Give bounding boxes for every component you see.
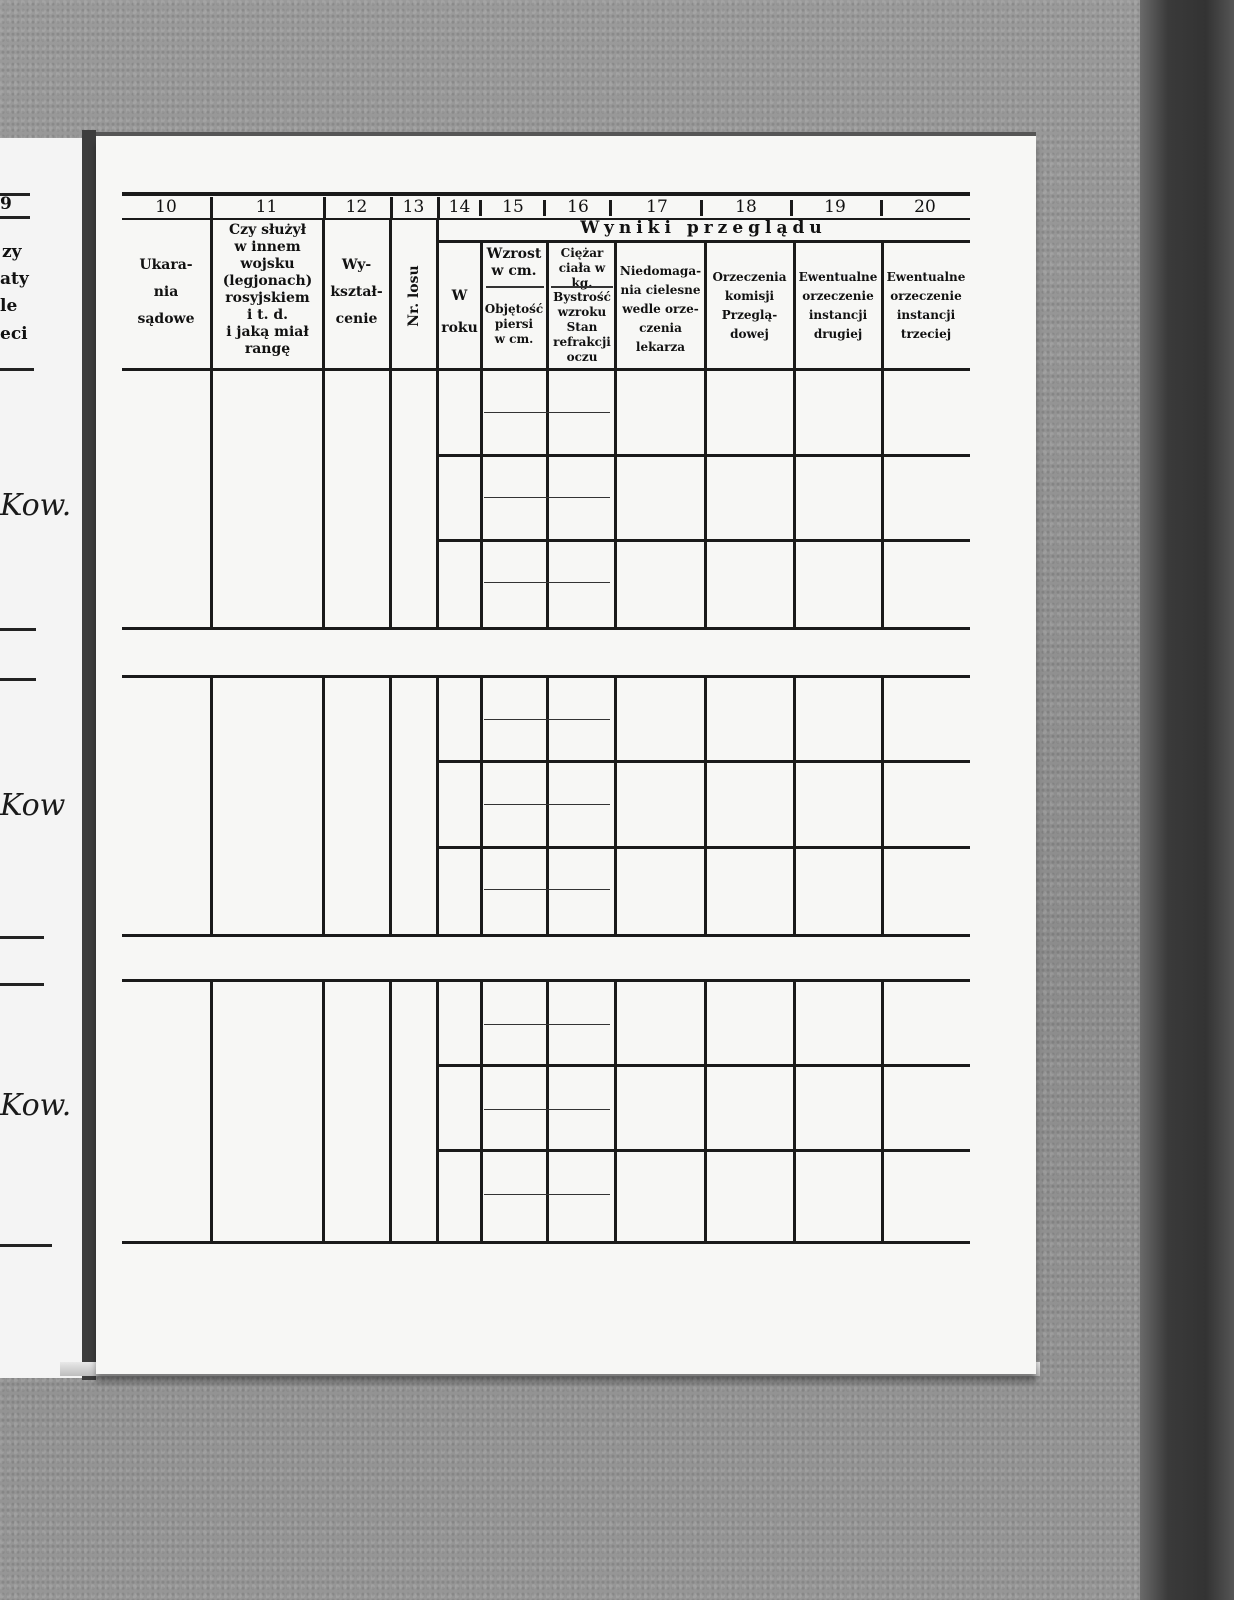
column-divider [614, 982, 617, 1242]
column-divider [436, 678, 439, 934]
column-divider [389, 982, 392, 1242]
header-column-divider [546, 242, 549, 370]
column-divider [436, 371, 439, 628]
column-number-divider [700, 200, 703, 216]
header-objetosc-piersi: Objętość piersi w cm. [482, 302, 546, 347]
column-number: 10 [122, 197, 210, 217]
table-bottom-rule [122, 1241, 970, 1244]
header-wzrost: Wzrost w cm. [482, 246, 546, 280]
column-number-divider [323, 197, 326, 219]
column-divider [546, 982, 549, 1242]
header-wyksztalcenie: Wy- kształ- cenie [323, 252, 390, 333]
column-divider [210, 371, 213, 628]
half-row-rule [484, 412, 610, 413]
half-row-rule [484, 719, 610, 720]
column-divider [546, 371, 549, 628]
column-number-divider [543, 200, 546, 216]
block-bottom-rule [122, 627, 970, 630]
header-column-divider [480, 242, 483, 370]
column-divider [322, 678, 325, 934]
column-number: 11 [210, 197, 323, 217]
column-divider [210, 678, 213, 934]
half-row-rule [484, 1024, 610, 1025]
column-divider [389, 678, 392, 934]
column-number-divider [390, 197, 393, 219]
header-column-divider [389, 220, 392, 370]
column-divider [881, 678, 884, 934]
header-bystrosc-wzroku: Bystrość wzroku Stan refrakcji oczu [548, 290, 616, 365]
column-divider [322, 982, 325, 1242]
column-number: 17 [612, 197, 702, 217]
header-orzeczenie-drugiej-instancji: Ewentualne orzeczenie instancji drugiej [794, 268, 882, 344]
column-number-divider [609, 200, 612, 216]
column-divider [322, 371, 325, 628]
column-divider [881, 371, 884, 628]
register-table: 10 11 12 13 14 15 16 17 18 19 20 Wyniki … [0, 0, 1234, 1600]
header-ukarania-sadowe: Ukara- nia sądowe [122, 252, 210, 333]
header-split-rule [486, 286, 544, 288]
column-number: 16 [544, 197, 612, 217]
header-orzeczenie-trzeciej-instancji: Ewentualne orzeczenie instancji trzeciej [882, 268, 970, 344]
column-number-divider [880, 200, 883, 216]
column-divider [210, 982, 213, 1242]
column-number: 20 [880, 197, 970, 217]
header-column-divider [704, 242, 707, 370]
record-block-1 [122, 371, 970, 628]
header-sluzba-w-innym-wojsku: Czy służył w innem wojsku (legjonach) ro… [212, 222, 323, 358]
column-divider [614, 678, 617, 934]
header-nr-losu: Nr. losu [406, 262, 422, 330]
column-divider [480, 982, 483, 1242]
column-number: 14 [437, 197, 482, 217]
half-row-rule [484, 497, 610, 498]
column-divider [793, 371, 796, 628]
column-divider [793, 678, 796, 934]
column-number: 15 [482, 197, 544, 217]
sub-row-rule [439, 1149, 970, 1152]
half-row-rule [484, 582, 610, 583]
column-divider [704, 678, 707, 934]
column-divider [704, 982, 707, 1242]
sub-row-rule [439, 846, 970, 849]
header-w-roku: W roku [437, 280, 482, 344]
record-block-3 [122, 982, 970, 1242]
column-number-divider [479, 200, 482, 216]
column-number: 19 [790, 197, 880, 217]
group-header-wyniki-przegladu: Wyniki przeglądu [437, 218, 970, 238]
half-row-rule [484, 804, 610, 805]
header-column-divider [436, 220, 439, 370]
column-divider [704, 371, 707, 628]
column-number-divider [210, 197, 213, 219]
header-orzeczenia-komisji: Orzeczenia komisji Przeglą- dowej [705, 268, 794, 344]
half-row-rule [484, 1194, 610, 1195]
column-divider [480, 371, 483, 628]
column-divider [546, 678, 549, 934]
column-number: 12 [323, 197, 390, 217]
column-divider [881, 982, 884, 1242]
column-divider [480, 678, 483, 934]
column-divider [389, 371, 392, 628]
table-top-rule [122, 192, 970, 196]
header-ciezar-ciala: Ciężar ciała w kg. [548, 246, 616, 291]
column-divider [436, 982, 439, 1242]
record-block-2 [122, 678, 970, 934]
header-column-divider [210, 220, 213, 370]
header-column-divider [614, 242, 617, 370]
header-column-divider [322, 220, 325, 370]
block-bottom-rule [122, 934, 970, 937]
sub-row-rule [439, 539, 970, 542]
header-column-divider [881, 242, 884, 370]
column-number-divider [790, 200, 793, 216]
sub-row-rule [439, 454, 970, 457]
sub-row-rule [439, 760, 970, 763]
header-niedomagania-cielesne: Niedomaga- nia cielesne wedle orze- czen… [616, 262, 705, 357]
half-row-rule [484, 889, 610, 890]
column-divider [614, 371, 617, 628]
header-split-rule [551, 286, 613, 288]
column-number-divider [437, 197, 440, 219]
column-divider [793, 982, 796, 1242]
column-number: 18 [702, 197, 790, 217]
half-row-rule [484, 1109, 610, 1110]
sub-row-rule [439, 1064, 970, 1067]
header-column-divider [793, 242, 796, 370]
column-number: 13 [390, 197, 437, 217]
